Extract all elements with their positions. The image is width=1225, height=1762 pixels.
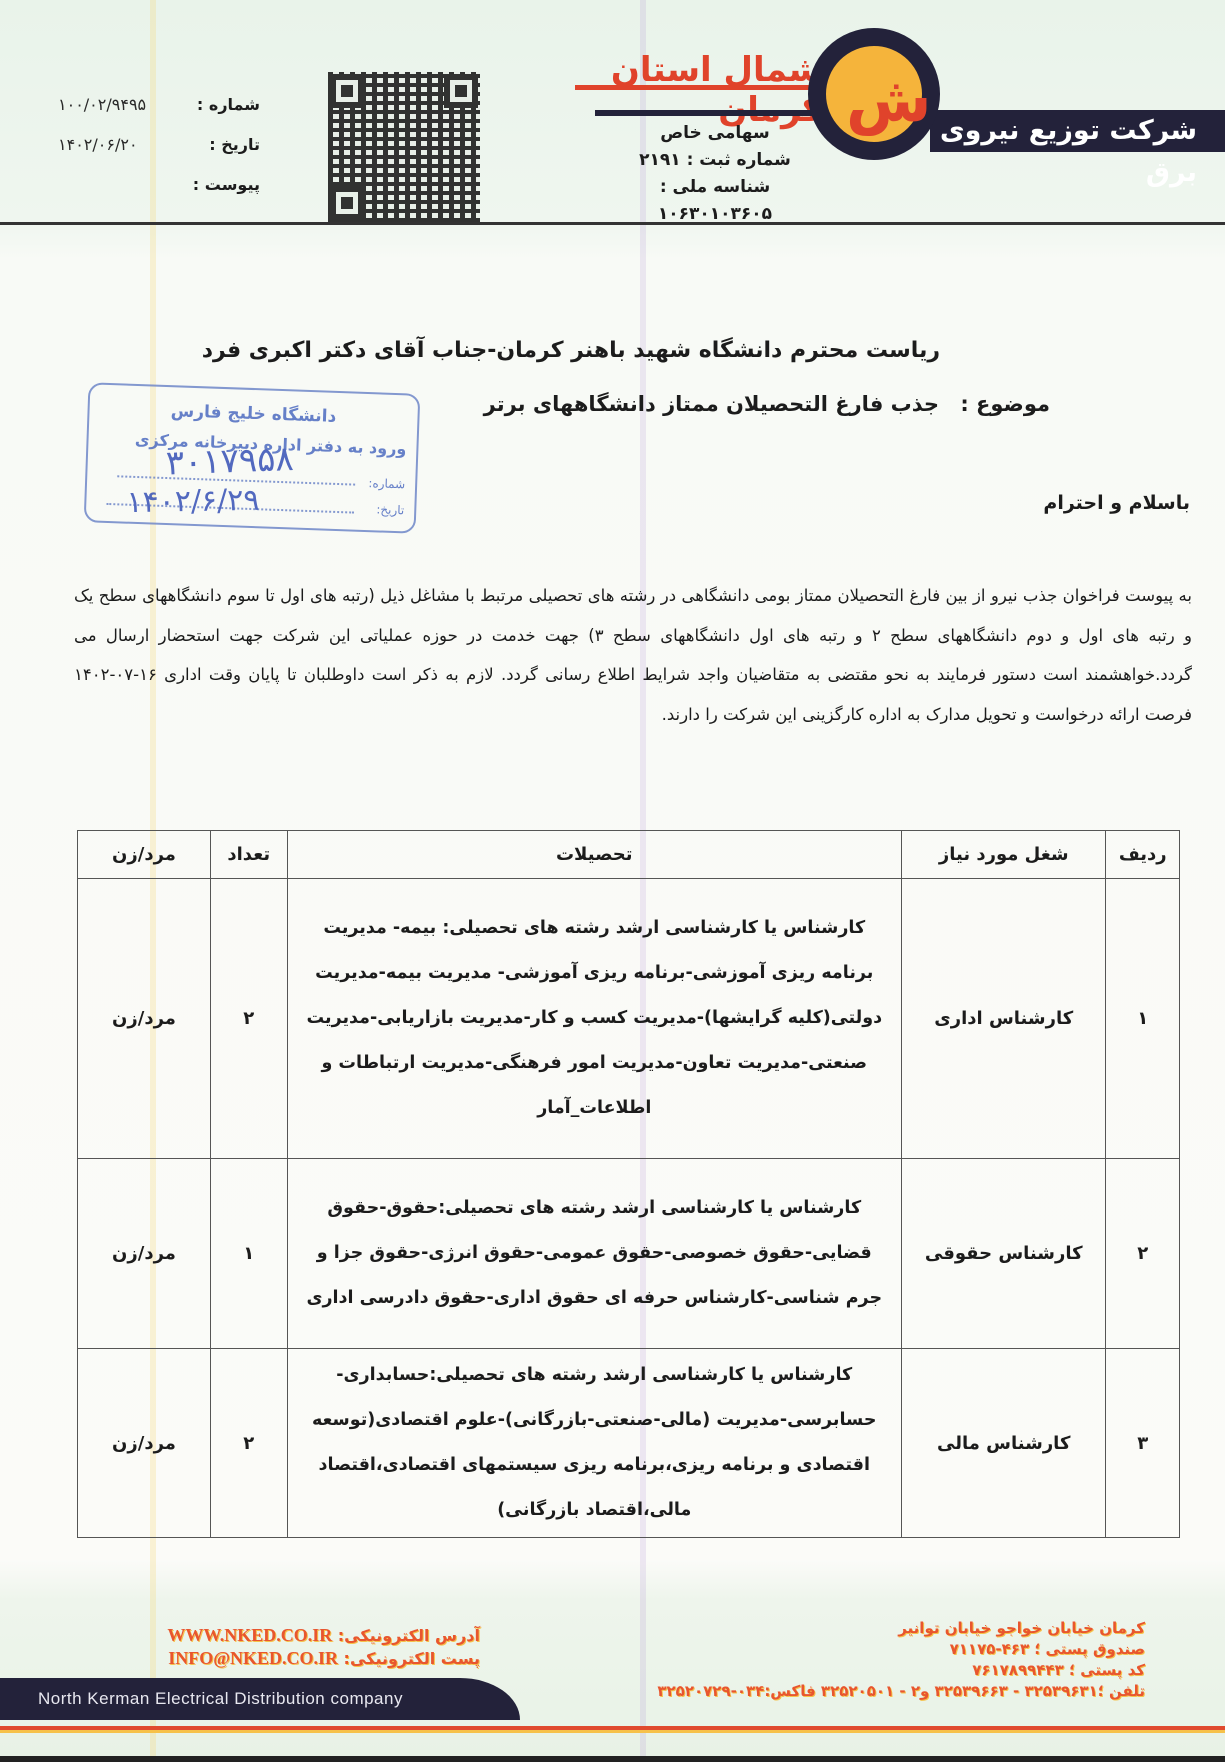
header-row-number: ردیف bbox=[1106, 831, 1180, 879]
cell-job: کارشناس مالی bbox=[901, 1349, 1105, 1538]
number-label: شماره : bbox=[188, 95, 260, 114]
stamp-number-label: شماره: bbox=[368, 476, 405, 491]
footer-address-block: کرمان خیابان خواجو خیابان توانیر صندوق پ… bbox=[520, 1618, 1145, 1702]
footer-web-block: آدرس الکترونیکی: WWW.NKED.CO.IR پست الکت… bbox=[60, 1624, 480, 1670]
cell-gender: مرد/زن bbox=[78, 879, 211, 1159]
cell-job: کارشناس حقوقی bbox=[901, 1159, 1105, 1349]
meta-attachment-row: پیوست : bbox=[50, 164, 260, 204]
registration-number: ۲۱۹۱ bbox=[639, 150, 681, 170]
cell-row-number: ۱ bbox=[1106, 879, 1180, 1159]
qr-finder bbox=[330, 74, 364, 108]
requirements-table: ردیف شغل مورد نیاز تحصیلات تعداد مرد/زن … bbox=[77, 830, 1180, 1538]
subject-line: موضوع : جذب فارغ التحصیلان ممتاز دانشگاه… bbox=[420, 392, 1050, 416]
letter-body: به پیوست فراخوان جذب نیرو از بین فارغ ال… bbox=[74, 576, 1192, 734]
national-id: ۱۰۶۳۰۱۰۳۶۰۵ bbox=[658, 204, 772, 224]
cell-row-number: ۲ bbox=[1106, 1159, 1180, 1349]
stamp-handwritten-number: ۳۰۱۷۹۵۸ bbox=[165, 439, 294, 483]
footer-po-box: صندوق پستی ؛ ۴۶۳-۷۱۱۷۵ bbox=[520, 1639, 1145, 1660]
letter-meta: شماره : ۱۰۰/۰۲/۹۴۹۵ تاریخ : ۱۴۰۲/۰۶/۲۰ پ… bbox=[50, 84, 260, 204]
stamp-date-label: تاریخ: bbox=[376, 502, 404, 517]
footer-divider bbox=[0, 1726, 1225, 1733]
scan-edge bbox=[0, 1756, 1225, 1762]
website-link[interactable]: WWW.NKED.CO.IR bbox=[167, 1625, 332, 1645]
email-link[interactable]: INFO@NKED.CO.IR bbox=[168, 1648, 338, 1668]
company-name-bar: شرکت توزیع نیروی برق bbox=[930, 110, 1225, 152]
qr-code-icon bbox=[328, 72, 480, 222]
email-label: پست الکترونیکی: bbox=[344, 1649, 480, 1668]
logo-lightning-icon: ش bbox=[846, 60, 906, 140]
logo-dark-line bbox=[595, 110, 825, 116]
cell-count: ۲ bbox=[210, 879, 287, 1159]
receipt-stamp: دانشگاه خلیج فارس ورود به دفتر اداره دبی… bbox=[84, 382, 421, 534]
cell-education: کارشناس یا کارشناسی ارشد رشته های تحصیلی… bbox=[287, 1159, 901, 1349]
cell-count: ۲ bbox=[210, 1349, 287, 1538]
cell-education: کارشناس یا کارشناسی ارشد رشته های تحصیلی… bbox=[287, 879, 901, 1159]
meta-date-row: تاریخ : ۱۴۰۲/۰۶/۲۰ bbox=[50, 124, 260, 164]
attachment-label: پیوست : bbox=[188, 175, 260, 194]
stamp-university: دانشگاه خلیج فارس bbox=[89, 398, 417, 429]
letter-page: شمال استان کرمان شرکت توزیع نیروی برق ش … bbox=[0, 0, 1225, 1762]
footer-english-name: North Kerman Electrical Distribution com… bbox=[0, 1678, 520, 1720]
cell-gender: مرد/زن bbox=[78, 1159, 211, 1349]
qr-finder bbox=[330, 186, 364, 220]
national-id-row: شناسه ملی : ۱۰۶۳۰۱۰۳۶۰۵ bbox=[600, 174, 830, 228]
table-row: ۳ کارشناس مالی کارشناس یا کارشناسی ارشد … bbox=[78, 1349, 1180, 1538]
header-education: تحصیلات bbox=[287, 831, 901, 879]
cell-education: کارشناس یا کارشناسی ارشد رشته های تحصیلی… bbox=[287, 1349, 901, 1538]
greeting: باسلام و احترام bbox=[900, 492, 1190, 514]
company-logo-name: شمال استان کرمان bbox=[572, 50, 822, 130]
table-row: ۲ کارشناس حقوقی کارشناس یا کارشناسی ارشد… bbox=[78, 1159, 1180, 1349]
cell-job: کارشناس اداری bbox=[901, 879, 1105, 1159]
header-divider bbox=[0, 222, 1225, 225]
header-job: شغل مورد نیاز bbox=[901, 831, 1105, 879]
table-header-row: ردیف شغل مورد نیاز تحصیلات تعداد مرد/زن bbox=[78, 831, 1180, 879]
letterhead: شمال استان کرمان شرکت توزیع نیروی برق ش … bbox=[0, 0, 1225, 228]
footer-address: کرمان خیابان خواجو خیابان توانیر bbox=[520, 1618, 1145, 1639]
meta-number-row: شماره : ۱۰۰/۰۲/۹۴۹۵ bbox=[50, 84, 260, 124]
date-label: تاریخ : bbox=[188, 135, 260, 154]
header-gender: مرد/زن bbox=[78, 831, 211, 879]
footer-postal-code: کد پستی ؛ ۷۶۱۷۸۹۹۴۴۳ bbox=[520, 1660, 1145, 1681]
subject-label: موضوع : bbox=[960, 392, 1050, 416]
number-value: ۱۰۰/۰۲/۹۴۹۵ bbox=[50, 95, 188, 114]
registration-label: شماره ثبت : bbox=[687, 150, 791, 170]
website-label: آدرس الکترونیکی: bbox=[338, 1626, 480, 1645]
footer-phone: تلفن ؛۳۲۵۳۹۶۳۱ - ۳۲۵۳۹۶۶۳ و۲ - ۳۲۵۲۰۵۰۱ … bbox=[520, 1681, 1145, 1702]
addressee: ریاست محترم دانشگاه شهید باهنر کرمان-جنا… bbox=[170, 338, 940, 363]
cell-row-number: ۳ bbox=[1106, 1349, 1180, 1538]
cell-count: ۱ bbox=[210, 1159, 287, 1349]
table-row: ۱ کارشناس اداری کارشناس یا کارشناسی ارشد… bbox=[78, 879, 1180, 1159]
footer-website-row: آدرس الکترونیکی: WWW.NKED.CO.IR bbox=[60, 1624, 480, 1647]
registration-number-row: شماره ثبت : ۲۱۹۱ bbox=[600, 147, 830, 174]
stamp-handwritten-date: ۱۴۰۲/۶/۲۹ bbox=[126, 483, 260, 520]
cell-gender: مرد/زن bbox=[78, 1349, 211, 1538]
date-value: ۱۴۰۲/۰۶/۲۰ bbox=[50, 135, 188, 154]
national-id-label: شناسه ملی : bbox=[660, 177, 770, 197]
subject-text: جذب فارغ التحصیلان ممتاز دانشگاههای برتر bbox=[484, 392, 939, 416]
registration-block: سهامی خاص شماره ثبت : ۲۱۹۱ شناسه ملی : ۱… bbox=[600, 120, 830, 228]
company-type: سهامی خاص bbox=[600, 120, 830, 147]
footer-email-row: پست الکترونیکی: INFO@NKED.CO.IR bbox=[60, 1647, 480, 1670]
qr-finder bbox=[444, 74, 478, 108]
header-count: تعداد bbox=[210, 831, 287, 879]
